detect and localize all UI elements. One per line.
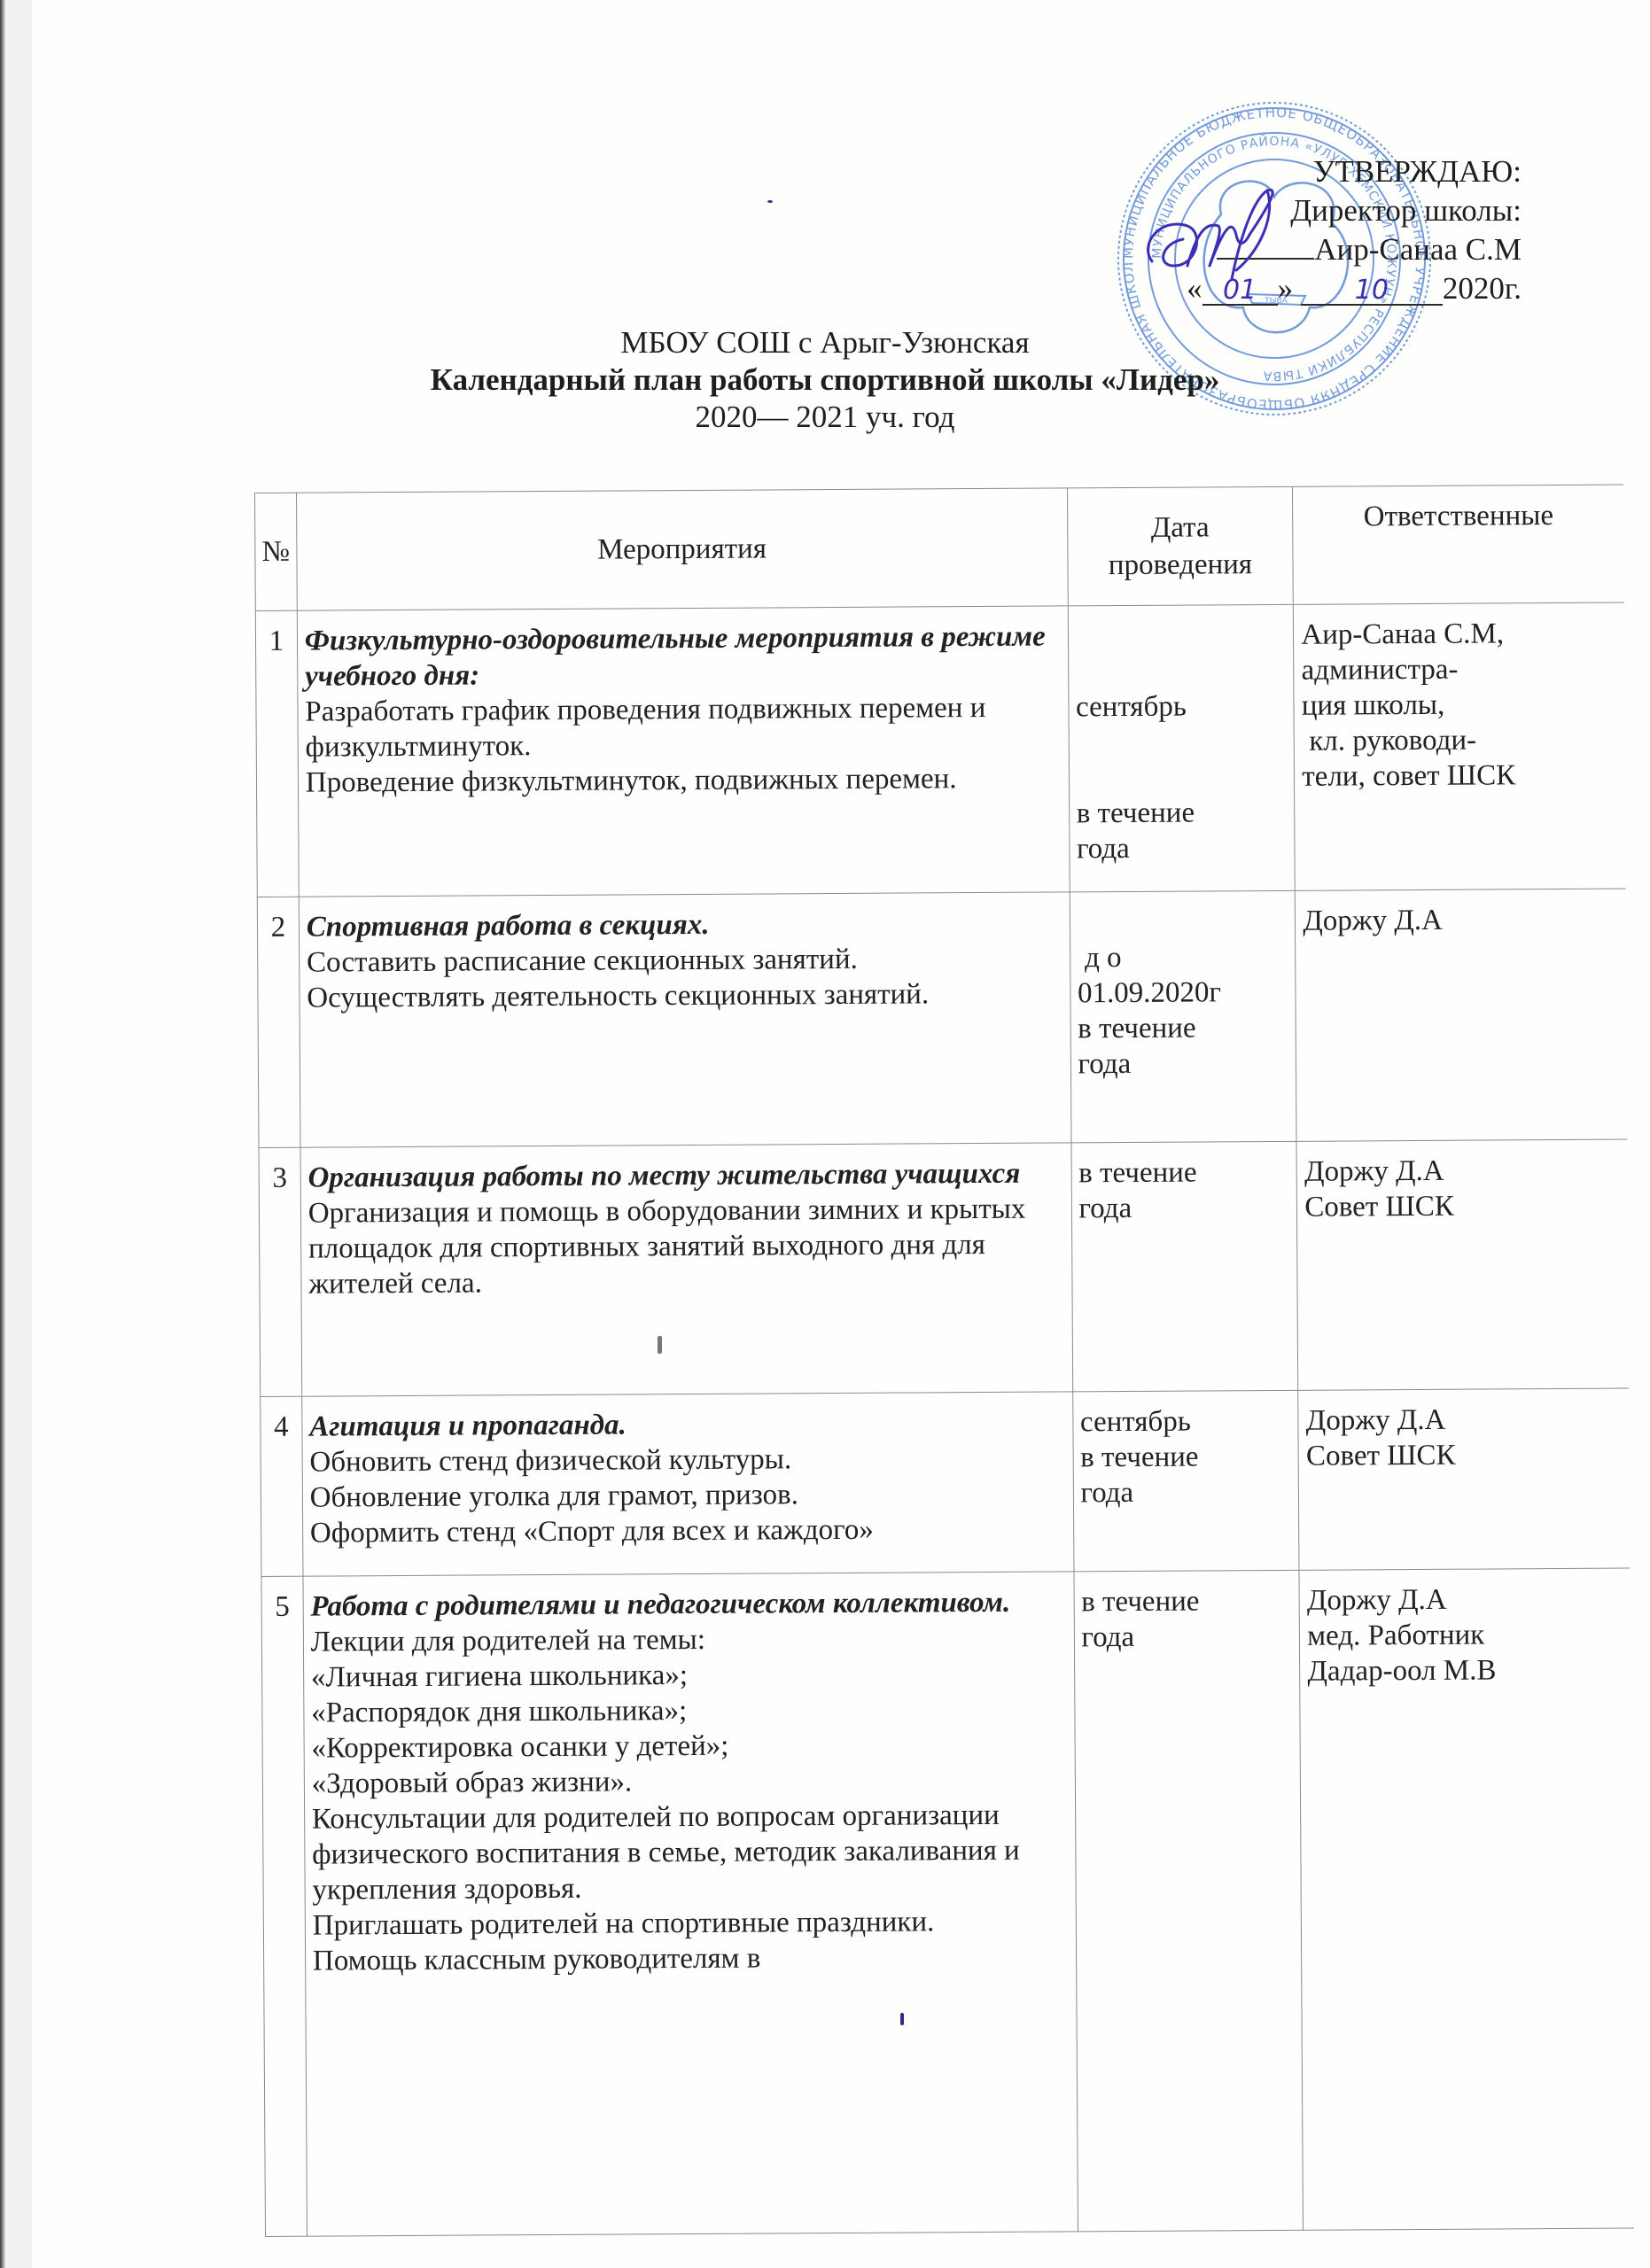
- activity-item: Лекции для родителей на темы:: [311, 1619, 1067, 1659]
- responsible-value: Доржу Д.А: [1303, 902, 1619, 939]
- activity-item: Составить расписание секционных занятий.: [307, 940, 1062, 980]
- activity-item: Разработать график проведения подвижных …: [305, 689, 1061, 765]
- date-year: 2020г.: [1443, 271, 1522, 306]
- section-title: Организация работы по месту жительства у…: [307, 1155, 1063, 1195]
- header-num: №: [255, 493, 298, 610]
- header-responsible: Ответственные: [1293, 485, 1624, 604]
- responsible-value: Доржу Д.А Совет ШСК: [1306, 1402, 1623, 1474]
- activity-item: Осуществлять деятельность секционных зан…: [307, 975, 1062, 1015]
- activity-item: «Здоровый образ жизни».: [312, 1761, 1068, 1801]
- row-number: 5: [261, 1576, 307, 2236]
- responsible-value: Доржу Д.А Совет ШСК: [1304, 1153, 1621, 1225]
- table-body: 1Физкультурно-оздоровительные мероприяти…: [255, 602, 1634, 2236]
- responsible-value: Доржу Д.А мед. Работник Дадар-оол М.В: [1307, 1581, 1623, 1689]
- activity-cell: Работа с родителями и педагогическом кол…: [303, 1572, 1078, 2236]
- section-title: Агитация и пропаганда.: [309, 1404, 1065, 1444]
- row-number: 3: [259, 1147, 302, 1396]
- activity-item: Обновление уголка для грамот, призов.: [310, 1475, 1066, 1515]
- activity-cell: Агитация и пропаганда.Обновить стенд физ…: [302, 1392, 1074, 1576]
- responsible-cell: Доржу Д.А Совет ШСК: [1298, 1388, 1630, 1570]
- calendar-plan-table: № Мероприятия Дата проведения Ответствен…: [254, 485, 1634, 2237]
- activity-cell: Спортивная работа в секциях.Составить ра…: [299, 892, 1070, 1147]
- director-name: Аир-Санаа С.М: [1314, 232, 1522, 267]
- date-cell: в течение года: [1071, 1141, 1299, 1392]
- row-number: 1: [255, 610, 299, 897]
- date-value: в течение года: [1078, 1154, 1289, 1226]
- table-row: 2Спортивная работа в секциях.Составить р…: [257, 889, 1627, 1147]
- table-row: 4Агитация и пропаганда.Обновить стенд фи…: [261, 1388, 1631, 1576]
- header-activities: Мероприятия: [296, 488, 1068, 610]
- date-month-handwritten: 10: [1301, 277, 1443, 306]
- row-number: 2: [257, 897, 300, 1147]
- table-header-row: № Мероприятия Дата проведения Ответствен…: [255, 485, 1624, 610]
- activity-item: «Личная гигиена школьника»;: [311, 1655, 1067, 1695]
- activity-item: Консультации для родителей по вопросам о…: [312, 1797, 1068, 1907]
- table-row: 1Физкультурно-оздоровительные мероприяти…: [255, 602, 1625, 897]
- activity-item: Обновить стенд физической культуры.: [309, 1440, 1065, 1480]
- date-value: д о 01.09.2020г в течение года: [1077, 904, 1288, 1082]
- activity-cell: Физкультурно-оздоровительные мероприятия…: [297, 606, 1070, 897]
- table-row: 5Работа с родителями и педагогическом ко…: [261, 1568, 1634, 2236]
- responsible-cell: Доржу Д.А Совет ШСК: [1296, 1139, 1629, 1390]
- header-date: Дата проведения: [1067, 486, 1294, 606]
- date-value: в течение года: [1081, 1583, 1292, 1655]
- academic-year: 2020— 2021 уч. год: [0, 399, 1650, 436]
- activity-item: Организация и помощь в оборудовании зимн…: [308, 1191, 1064, 1301]
- date-cell: д о 01.09.2020г в течение года: [1070, 890, 1297, 1143]
- row-number: 4: [261, 1396, 303, 1576]
- section-title: Спортивная работа в секциях.: [307, 905, 1062, 944]
- date-cell: в течение года: [1073, 1570, 1303, 2232]
- organization-name: МБОУ СОШ с Арыг-Узюнская: [0, 324, 1650, 361]
- activity-item: «Корректировка осанки у детей»;: [311, 1726, 1067, 1766]
- scan-speck: [658, 1336, 662, 1354]
- plan-title: Календарный план работы спортивной школы…: [0, 361, 1650, 399]
- date-cell: сентябрь в течение года: [1072, 1390, 1299, 1572]
- document-title-block: МБОУ СОШ с Арыг-Узюнская Календарный пла…: [0, 324, 1650, 436]
- scan-speck: [900, 2013, 904, 2025]
- responsible-value: Аир-Санаа С.М, администра- ция школы, кл…: [1301, 616, 1618, 795]
- responsible-cell: Аир-Санаа С.М, администра- ция школы, кл…: [1294, 602, 1626, 890]
- responsible-cell: Доржу Д.А мед. Работник Дадар-оол М.В: [1299, 1568, 1634, 2230]
- date-cell: сентябрь в течение года: [1068, 604, 1296, 892]
- activity-item: «Распорядок дня школьника»;: [311, 1690, 1067, 1730]
- header-date-label: Дата проведения: [1109, 511, 1252, 581]
- scan-speck: [767, 200, 773, 203]
- activity-item: Приглашать родителей на спортивные празд…: [313, 1903, 1069, 1943]
- activity-cell: Организация работы по месту жительства у…: [300, 1143, 1072, 1396]
- director-signature-icon: [1134, 182, 1303, 288]
- date-value: сентябрь в течение года: [1080, 1403, 1292, 1511]
- activity-item: Помощь классным руководителям в: [313, 1938, 1069, 1978]
- date-value: сентябрь в течение года: [1075, 617, 1288, 866]
- responsible-cell: Доржу Д.А: [1296, 889, 1628, 1141]
- table-row: 3Организация работы по месту жительства …: [259, 1139, 1629, 1396]
- section-title: Работа с родителями и педагогическом кол…: [310, 1584, 1066, 1624]
- section-title: Физкультурно-оздоровительные мероприятия…: [305, 618, 1061, 694]
- activity-item: Проведение физкультминуток, подвижных пе…: [306, 760, 1062, 800]
- activity-item: Оформить стенд «Спорт для всех и каждого…: [310, 1511, 1066, 1550]
